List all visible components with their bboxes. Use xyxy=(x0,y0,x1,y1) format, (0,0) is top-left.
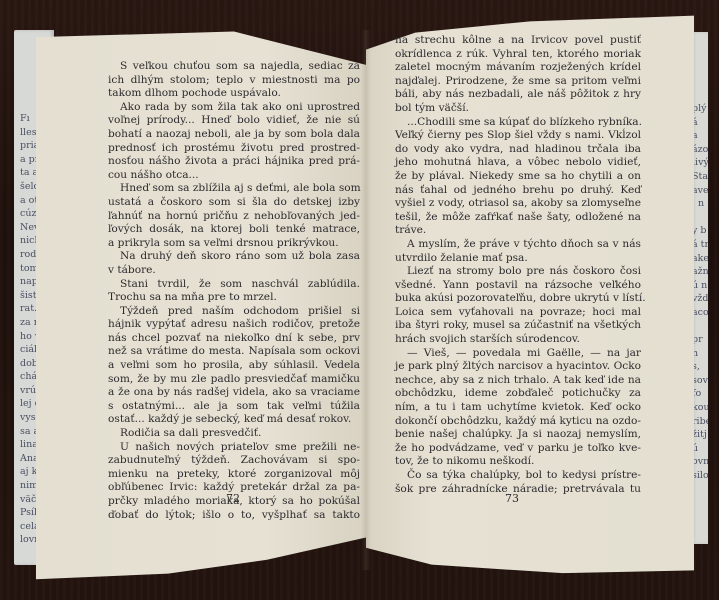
text-line: bohatí a naozaj neboli, ale ja by som bo… xyxy=(108,128,360,142)
text-line: báli, aby nás nezbadali, ale náš pôžitok… xyxy=(395,88,641,102)
text-line: že by plával. Niekedy sme sa ho chytili … xyxy=(395,170,641,184)
right-page-text: na strechu kôlne a na Irvicov povel pust… xyxy=(395,34,641,496)
edge-fragment: a xyxy=(692,129,708,143)
text-line: — Vieš, — povedala mi Gaëlle, — na jar xyxy=(395,347,641,361)
text-line: obchôdzku, ideme zobďaleč potichučky za xyxy=(395,387,641,401)
text-line: mienku na preteky, ktoré zorganizoval mô… xyxy=(108,468,360,482)
edge-fragment: ovn xyxy=(692,455,708,469)
edge-fragment: silo xyxy=(692,469,708,483)
text-line: takom dlhom pochode uspávalo. xyxy=(108,87,360,101)
text-line: Hneď som sa zblížila aj s deťmi, ale bol… xyxy=(108,182,360,196)
text-line: že ho podvádzame, veď v parku je toľko k… xyxy=(395,442,641,456)
text-line: ľových dosák, na ktorej boli tenké matra… xyxy=(108,223,360,237)
text-line: prednosť ich prostému životu pred prostr… xyxy=(108,142,360,156)
text-line: jeho mohutná hlava, a vôbec nebolo vidie… xyxy=(395,156,641,170)
text-line: cou nášho otca... xyxy=(108,169,360,183)
text-line: Týždeň pred naším odchodom prišiel si xyxy=(108,305,360,319)
text-line: Ako rada by som žila tak ako oni uprostr… xyxy=(108,101,360,115)
text-line: utvrdilo želanie mať psa. xyxy=(395,252,641,266)
text-line: A myslím, že práve v týchto dňoch sa v n… xyxy=(395,238,641,252)
edge-fragment: ave xyxy=(692,184,708,198)
text-line: Čo sa týka chalúpky, bol to kedysi príst… xyxy=(395,469,641,483)
text-line: Trochu sa na mňa pre to mrzel. xyxy=(108,291,360,305)
text-line: hájnik vypýtať adresu našich rodičov, pr… xyxy=(108,318,360,332)
text-line: bol tým väčší. xyxy=(395,102,641,116)
right-edge-fragments: plýáaázolivýStaavej ny bá trakeažnú nvžd… xyxy=(692,102,708,483)
text-line: Loica sem vyťahovali na povraze; hoci ma… xyxy=(395,306,641,320)
text-line: S veľkou chuťou som sa najedla, sediac z… xyxy=(108,60,360,74)
edge-fragment: pr xyxy=(692,333,708,347)
edge-fragment: ake xyxy=(692,252,708,266)
edge-fragment: plý xyxy=(692,102,708,116)
text-line: nosťou nášho života a práci hájnika pred… xyxy=(108,155,360,169)
edge-fragment: ázo xyxy=(692,143,708,157)
book-gutter xyxy=(361,30,371,570)
text-line: ...Chodili sme sa kúpať do blízkeho rybn… xyxy=(395,116,641,130)
text-line: buka akúsi pozorovateľňu, dobre ukrytú v… xyxy=(395,292,641,306)
text-line: som, že by mu zle padlo presviedčať mami… xyxy=(108,373,360,387)
edge-fragment: ažn xyxy=(692,265,708,279)
text-line: je park plný žltých narcisov a hyacintov… xyxy=(395,360,641,374)
text-line: dokončí obchôdzku, každý má kyticu na oz… xyxy=(395,415,641,429)
text-line: najďalej. Prirodzene, že sme sa pritom v… xyxy=(395,75,641,89)
text-line: Veľký čierny pes Slop šiel vždy s nami. … xyxy=(395,129,641,143)
edge-fragment: y b xyxy=(692,224,708,238)
edge-fragment: ú xyxy=(692,442,708,456)
text-line: iba štyri roky, musel sa zúčastniť na vš… xyxy=(395,319,641,333)
edge-fragment: kou xyxy=(692,401,708,415)
text-line: ním, a tu i tam uchytíme kvietok. Keď oc… xyxy=(395,401,641,415)
edge-fragment: ribe xyxy=(692,415,708,429)
page-number-left: 72 xyxy=(226,492,240,505)
edge-fragment: n xyxy=(692,347,708,361)
text-line: v tábore. xyxy=(108,264,360,278)
text-line: U našich nových priateľov sme prežili ne… xyxy=(108,441,360,455)
text-line: benie našej chalúpky. Ja si naozaj nemys… xyxy=(395,428,641,442)
edge-fragment: s, xyxy=(692,360,708,374)
text-line: s ostatnými... ale ja som tak veľmi túži… xyxy=(108,400,360,414)
text-line: nás ťahal od jedného brehu po druhý. Keď xyxy=(395,184,641,198)
text-line: ustatá a čoskoro som si šla do detskej i… xyxy=(108,196,360,210)
text-line: zabudnuteľný týždeň. Zachovávam si spo- xyxy=(108,454,360,468)
left-page-text: S veľkou chuťou som sa najedla, sediac z… xyxy=(108,60,360,522)
text-line: tešil, že môže zafŕkať naše šaty, odlože… xyxy=(395,211,641,225)
text-line: Stani tvrdil, že som naschvál zablúdila. xyxy=(108,278,360,292)
text-line: na strechu kôlne a na Irvicov povel pust… xyxy=(395,34,641,48)
text-line: a prikryla som sa veľmi drsnou prikrývko… xyxy=(108,237,360,251)
text-line: nás chcel pozvať na niekoľko dní k sebe,… xyxy=(108,332,360,346)
edge-fragment: j n xyxy=(692,197,708,211)
edge-fragment: á tr xyxy=(692,238,708,252)
back-pages-right: plýáaázolivýStaavej ny bá trakeažnú nvžd… xyxy=(692,32,708,544)
text-line: okrídlenca z rúk. Vyhral ten, ktorého mo… xyxy=(395,48,641,62)
text-line: tráve. xyxy=(395,224,641,238)
edge-fragment: sov xyxy=(692,374,708,388)
text-line: Na druhý deň skoro ráno som už bola zasa xyxy=(108,250,360,264)
text-line: hrách svojich starších súrodencov. xyxy=(395,333,641,347)
edge-fragment: vžd xyxy=(692,292,708,306)
edge-fragment: žitj xyxy=(692,428,708,442)
edge-fragment: livý xyxy=(692,156,708,170)
edge-fragment: á xyxy=(692,116,708,130)
text-line: ich dlhým stolom; teplo v miestnosti ma … xyxy=(108,74,360,88)
text-line: tov, že to nikomu neškodí. xyxy=(395,455,641,469)
edge-fragment xyxy=(692,320,708,334)
text-line: než sa vrátime do mesta. Napísala som oc… xyxy=(108,345,360,359)
text-line: vyšiel z vody, otriasol sa, akoby sa zlo… xyxy=(395,197,641,211)
edge-fragment xyxy=(692,211,708,225)
edge-fragment: Sta xyxy=(692,170,708,184)
page-number-right: 73 xyxy=(505,492,519,505)
text-line: a veľmi som ho prosila, aby súhlasil. Ve… xyxy=(108,359,360,373)
text-line: Rodičia sa dali presvedčiť. xyxy=(108,427,360,441)
text-line: všedné. Yann postavil na rázsoche veľkéh… xyxy=(395,279,641,293)
edge-fragment: fo xyxy=(692,387,708,401)
edge-fragment: ú n xyxy=(692,279,708,293)
text-line: voľnej prírody... Hneď bolo vidieť, že n… xyxy=(108,114,360,128)
text-line: nechce, aby sa z nich trhalo. A tak keď … xyxy=(395,374,641,388)
text-line: do vody ako vydra, nad hladinou trčala i… xyxy=(395,143,641,157)
text-line: Liezť na stromy bolo pre nás čoskoro čos… xyxy=(395,265,641,279)
text-line: ľahnúť na hornú pričňu z nehobľovaných j… xyxy=(108,210,360,224)
text-line: ďobať do lýtok; išlo o to, vyšplhať sa t… xyxy=(108,509,360,523)
text-line: a že ona by nás radšej videla, ako sa vr… xyxy=(108,386,360,400)
text-line: zaletel mocným mávaním rozježených kríde… xyxy=(395,61,641,75)
text-line: ostať... každý je sebecký, keď má desať … xyxy=(108,413,360,427)
edge-fragment: aco xyxy=(692,306,708,320)
